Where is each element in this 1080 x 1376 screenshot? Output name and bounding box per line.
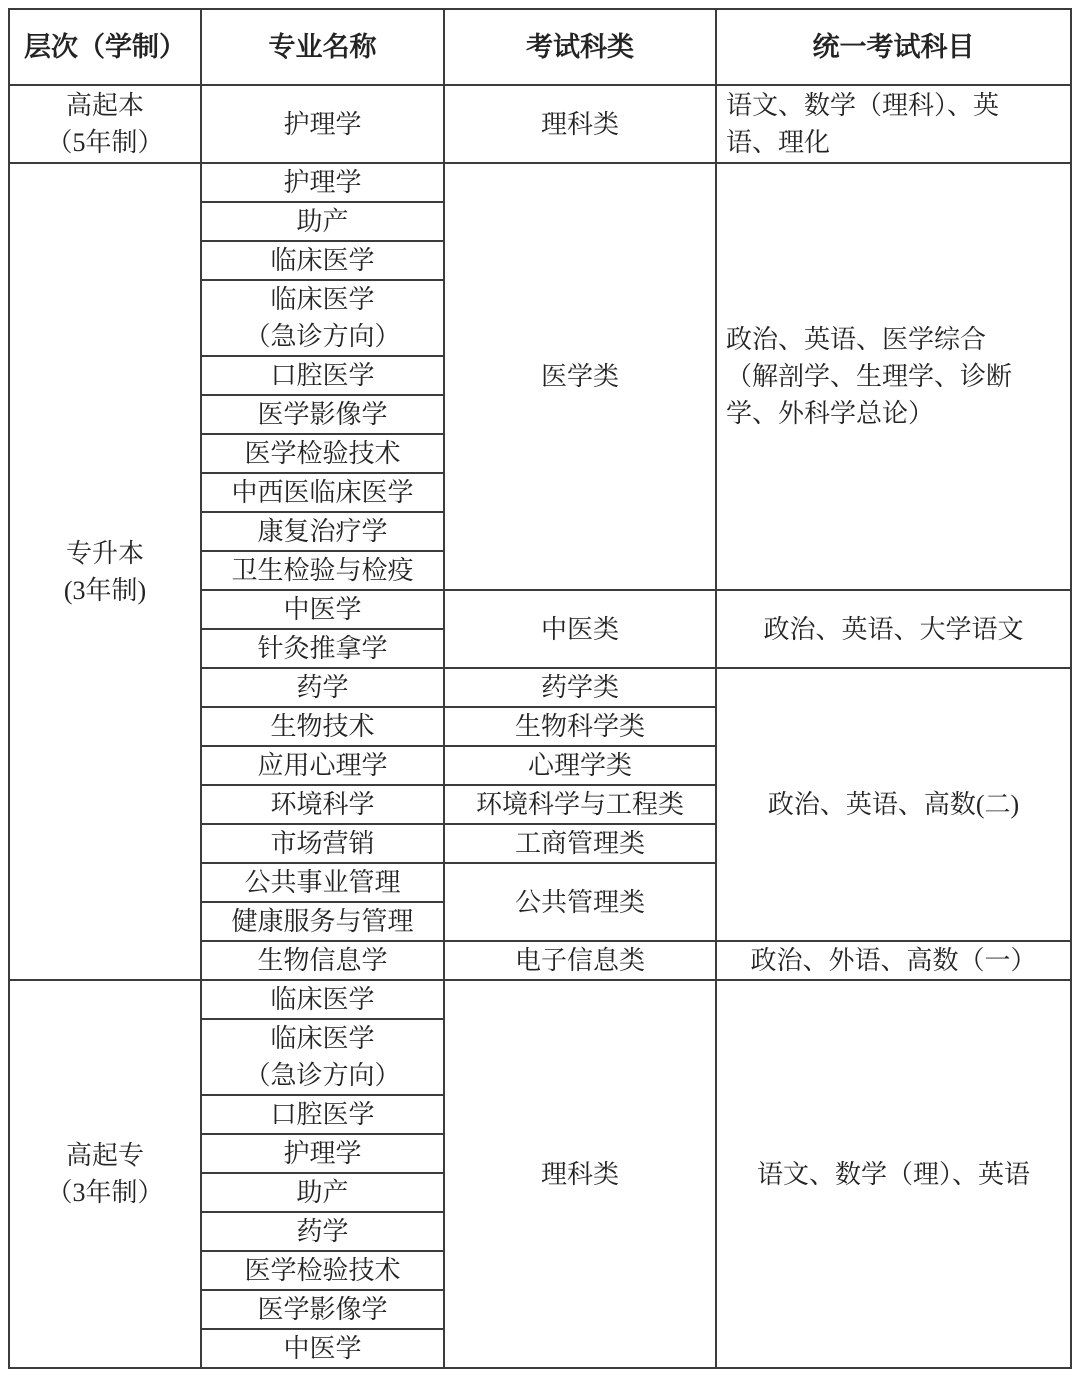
subjects-cell: 语文、数学（理）、英语 — [716, 980, 1071, 1368]
header-exam-category: 考试科类 — [444, 9, 716, 85]
category-cell: 工商管理类 — [444, 824, 716, 863]
major-cell: 助产 — [201, 1173, 444, 1212]
major-cell: 中医学 — [201, 1329, 444, 1368]
major-cell: 生物信息学 — [201, 941, 444, 980]
category-cell: 中医类 — [444, 590, 716, 668]
table-body: 高起本 （5年制）护理学理科类语文、数学（理科）、英 语、理化专升本 (3年制)… — [9, 85, 1071, 1368]
major-cell: 临床医学 （急诊方向） — [201, 280, 444, 356]
major-cell: 医学检验技术 — [201, 1251, 444, 1290]
major-cell: 口腔医学 — [201, 1095, 444, 1134]
category-cell: 理科类 — [444, 980, 716, 1368]
category-cell: 药学类 — [444, 668, 716, 707]
category-cell: 公共管理类 — [444, 863, 716, 941]
major-cell: 针灸推拿学 — [201, 629, 444, 668]
subjects-cell: 政治、外语、高数（一） — [716, 941, 1071, 980]
major-cell: 公共事业管理 — [201, 863, 444, 902]
major-cell: 医学检验技术 — [201, 434, 444, 473]
major-cell: 生物技术 — [201, 707, 444, 746]
level-cell: 高起本 （5年制） — [9, 85, 201, 163]
header-level: 层次（学制） — [9, 9, 201, 85]
major-cell: 医学影像学 — [201, 395, 444, 434]
category-cell: 环境科学与工程类 — [444, 785, 716, 824]
admission-table: 层次（学制）专业名称考试科类统一考试科目 高起本 （5年制）护理学理科类语文、数… — [8, 8, 1072, 1369]
header-row: 层次（学制）专业名称考试科类统一考试科目 — [9, 9, 1071, 85]
major-cell: 护理学 — [201, 85, 444, 163]
subjects-cell: 政治、英语、大学语文 — [716, 590, 1071, 668]
major-cell: 临床医学 — [201, 241, 444, 280]
table-row: 高起专 （3年制）临床医学理科类语文、数学（理）、英语 — [9, 980, 1071, 1019]
table-row: 高起本 （5年制）护理学理科类语文、数学（理科）、英 语、理化 — [9, 85, 1071, 163]
major-cell: 市场营销 — [201, 824, 444, 863]
subjects-cell: 政治、英语、医学综合 （解剖学、生理学、诊断 学、外科学总论） — [716, 163, 1071, 590]
major-cell: 口腔医学 — [201, 356, 444, 395]
subjects-cell: 语文、数学（理科）、英 语、理化 — [716, 85, 1071, 163]
major-cell: 药学 — [201, 1212, 444, 1251]
major-cell: 临床医学 — [201, 980, 444, 1019]
category-cell: 生物科学类 — [444, 707, 716, 746]
level-cell: 高起专 （3年制） — [9, 980, 201, 1368]
header-major: 专业名称 — [201, 9, 444, 85]
major-cell: 中医学 — [201, 590, 444, 629]
table-row: 专升本 (3年制)护理学医学类政治、英语、医学综合 （解剖学、生理学、诊断 学、… — [9, 163, 1071, 202]
major-cell: 医学影像学 — [201, 1290, 444, 1329]
major-cell: 环境科学 — [201, 785, 444, 824]
header-exam-subjects: 统一考试科目 — [716, 9, 1071, 85]
major-cell: 卫生检验与检疫 — [201, 551, 444, 590]
major-cell: 助产 — [201, 202, 444, 241]
major-cell: 临床医学 （急诊方向） — [201, 1019, 444, 1095]
category-cell: 医学类 — [444, 163, 716, 590]
category-cell: 心理学类 — [444, 746, 716, 785]
major-cell: 护理学 — [201, 1134, 444, 1173]
admission-table-container: 层次（学制）专业名称考试科类统一考试科目 高起本 （5年制）护理学理科类语文、数… — [0, 0, 1080, 1376]
major-cell: 药学 — [201, 668, 444, 707]
subjects-cell: 政治、英语、高数(二) — [716, 668, 1071, 941]
category-cell: 电子信息类 — [444, 941, 716, 980]
major-cell: 健康服务与管理 — [201, 902, 444, 941]
major-cell: 中西医临床医学 — [201, 473, 444, 512]
major-cell: 应用心理学 — [201, 746, 444, 785]
level-cell: 专升本 (3年制) — [9, 163, 201, 980]
major-cell: 护理学 — [201, 163, 444, 202]
category-cell: 理科类 — [444, 85, 716, 163]
major-cell: 康复治疗学 — [201, 512, 444, 551]
